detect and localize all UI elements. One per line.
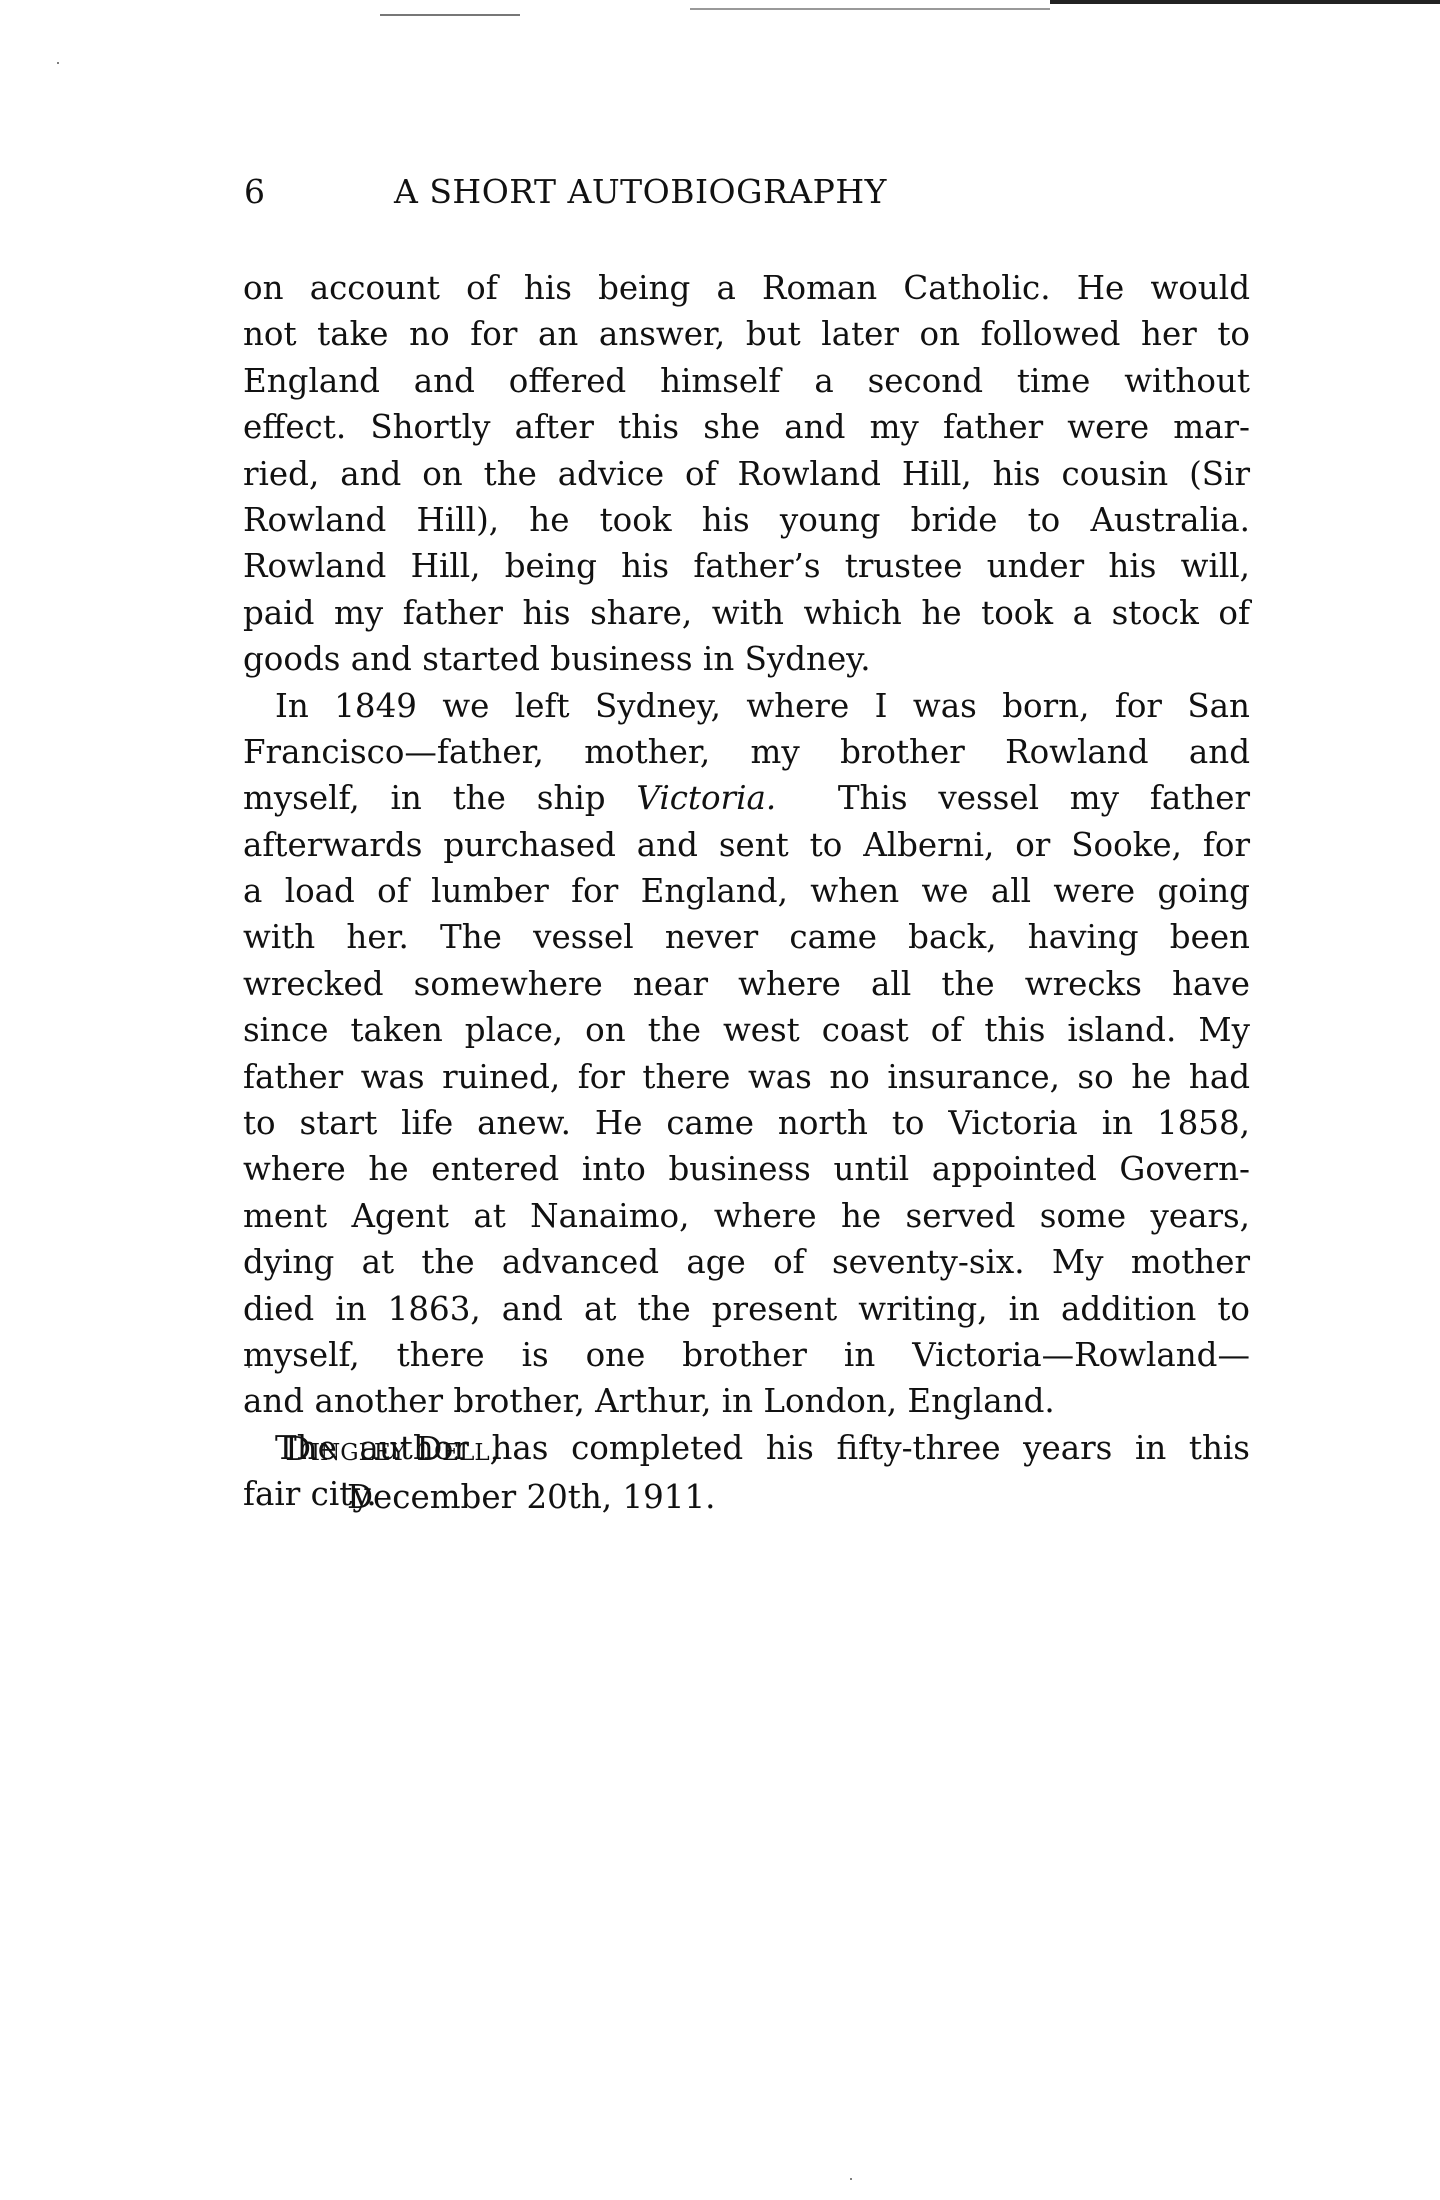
text-line: effect. Shortly after this she and my fa… xyxy=(243,404,1250,450)
text-line: afterwards purchased and sent to Alberni… xyxy=(243,822,1250,868)
signature-block: Dingley Dell, December 20th, 1911. xyxy=(285,1425,716,1521)
signature-date: December 20th, 1911. xyxy=(285,1473,716,1521)
text-line: died in 1863, and at the present writing… xyxy=(243,1286,1250,1332)
scan-speck xyxy=(248,1366,250,1368)
page-body: on account of his being a Roman Catholic… xyxy=(243,265,1250,1518)
text-segment: myself, in the ship xyxy=(243,779,636,817)
text-line: father was ruined, for there was no insu… xyxy=(243,1054,1250,1100)
text-line: ment Agent at Nanaimo, where he served s… xyxy=(243,1193,1250,1239)
text-line: Rowland Hill), he took his young bride t… xyxy=(243,497,1250,543)
text-line: myself, there is one brother in Victoria… xyxy=(243,1332,1250,1378)
running-title: A SHORT AUTOBIOGRAPHY xyxy=(394,172,887,211)
scan-edge-top-faint xyxy=(380,14,520,16)
scan-speck xyxy=(57,62,59,64)
page-number: 6 xyxy=(244,172,266,211)
text-line: where he entered into business until app… xyxy=(243,1146,1250,1192)
text-line: on account of his being a Roman Catholic… xyxy=(243,265,1250,311)
text-segment: This vessel my father xyxy=(776,779,1250,817)
text-line: since taken place, on the west coast of … xyxy=(243,1007,1250,1053)
text-line: Francisco—father, mother, my brother Row… xyxy=(243,729,1250,775)
ship-name: Victoria. xyxy=(636,779,776,817)
text-line: a load of lumber for England, when we al… xyxy=(243,868,1250,914)
text-line: In 1849 we left Sydney, where I was born… xyxy=(243,683,1250,729)
text-line: wrecked somewhere near where all the wre… xyxy=(243,961,1250,1007)
text-line: not take no for an answer, but later on … xyxy=(243,311,1250,357)
text-line: ried, and on the advice of Rowland Hill,… xyxy=(243,451,1250,497)
signature-place: Dingley Dell, xyxy=(285,1425,716,1473)
scan-speck xyxy=(1238,806,1240,808)
text-line: to start life anew. He came north to Vic… xyxy=(243,1100,1250,1146)
text-line: Rowland Hill, being his father’s trustee… xyxy=(243,543,1250,589)
text-line: goods and started business in Sydney. xyxy=(243,636,1250,682)
scan-edge-top-faint-2 xyxy=(690,8,1050,10)
scan-speck xyxy=(850,2178,852,2180)
scan-edge-top xyxy=(1050,0,1440,4)
text-line: England and offered himself a second tim… xyxy=(243,358,1250,404)
text-line: with her. The vessel never came back, ha… xyxy=(243,914,1250,960)
text-line: and another brother, Arthur, in London, … xyxy=(243,1378,1250,1424)
text-line: paid my father his share, with which he … xyxy=(243,590,1250,636)
text-line-with-italic: myself, in the ship Victoria. This vesse… xyxy=(243,775,1250,821)
text-line: dying at the advanced age of seventy-six… xyxy=(243,1239,1250,1285)
